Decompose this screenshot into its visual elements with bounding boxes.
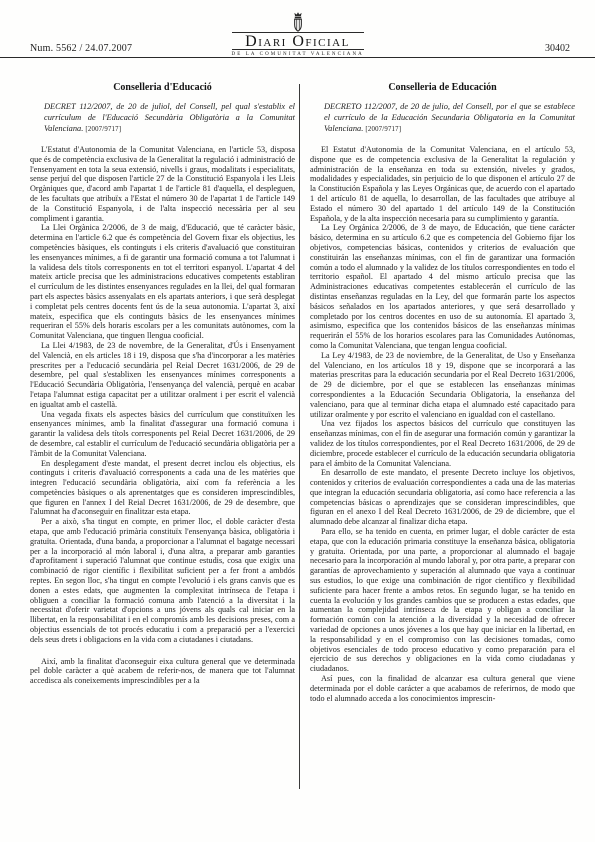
column-divider	[299, 84, 300, 789]
paragraph: Para ello, se ha tenido en cuenta, en pr…	[310, 527, 575, 674]
paragraph: La Llei 4/1983, de 23 de novembre, de la…	[30, 341, 295, 410]
right-column-text: El Estatut d'Autonomia de la Comunitat V…	[310, 145, 575, 703]
left-decree-title-text: DECRET 112/2007, de 20 de juliol, del Co…	[44, 102, 295, 133]
paragraph: Així, amb la finalitat d'aconseguir eixa…	[30, 657, 295, 686]
right-decree-title-text: DECRETO 112/2007, de 20 de julio, del Co…	[324, 102, 575, 133]
two-column-body: Conselleria d'Educació DECRET 112/2007, …	[0, 58, 595, 703]
masthead: Diari Oficial DE LA COMUNITAT VALENCIANA	[232, 11, 364, 58]
left-decree-ref: [2007/9717]	[85, 126, 121, 133]
masthead-title: Diari Oficial	[232, 32, 364, 49]
paragraph: En desarrollo de este mandato, el presen…	[310, 468, 575, 527]
issue-date: Num. 5562 / 24.07.2007	[30, 43, 132, 54]
coat-of-arms-icon	[291, 11, 305, 33]
page-header: Num. 5562 / 24.07.2007 Diari Oficial DE …	[0, 0, 595, 58]
right-column-heading: Conselleria de Educación	[310, 82, 575, 93]
left-decree-title: DECRET 112/2007, de 20 de juliol, del Co…	[44, 101, 295, 145]
paragraph: Así pues, con la finalidad de alcanzar e…	[310, 674, 575, 703]
paragraph: La Ley 4/1983, de 23 de noviembre, de la…	[310, 351, 575, 420]
right-column: Conselleria de Educación DECRETO 112/200…	[310, 58, 575, 703]
gazette-page: Num. 5562 / 24.07.2007 Diari Oficial DE …	[0, 0, 595, 842]
paragraph: La Llei Orgànica 2/2006, de 3 de maig, d…	[30, 223, 295, 341]
masthead-subtitle: DE LA COMUNITAT VALENCIANA	[232, 49, 364, 58]
paragraph: Una vez fijados los aspectos básicos del…	[310, 419, 575, 468]
page-number: 30402	[545, 43, 570, 54]
paragraph: Per a això, s'ha tingut en compte, en pr…	[30, 517, 295, 644]
left-column: Conselleria d'Educació DECRET 112/2007, …	[30, 58, 295, 703]
paragraph: En desplegament d'este mandat, el presen…	[30, 459, 295, 518]
left-column-heading: Conselleria d'Educació	[30, 82, 295, 93]
paragraph: El Estatut d'Autonomia de la Comunitat V…	[310, 145, 575, 223]
right-decree-title: DECRETO 112/2007, de 20 de julio, del Co…	[324, 101, 575, 145]
paragraph: Una vegada fixats els aspectes bàsics de…	[30, 410, 295, 459]
paragraph: La Ley Orgánica 2/2006, de 3 de mayo, de…	[310, 223, 575, 350]
paragraph: L'Estatut d'Autonomia de la Comunitat Va…	[30, 145, 295, 223]
right-decree-ref: [2007/9717]	[365, 126, 401, 133]
left-column-text: L'Estatut d'Autonomia de la Comunitat Va…	[30, 145, 295, 686]
